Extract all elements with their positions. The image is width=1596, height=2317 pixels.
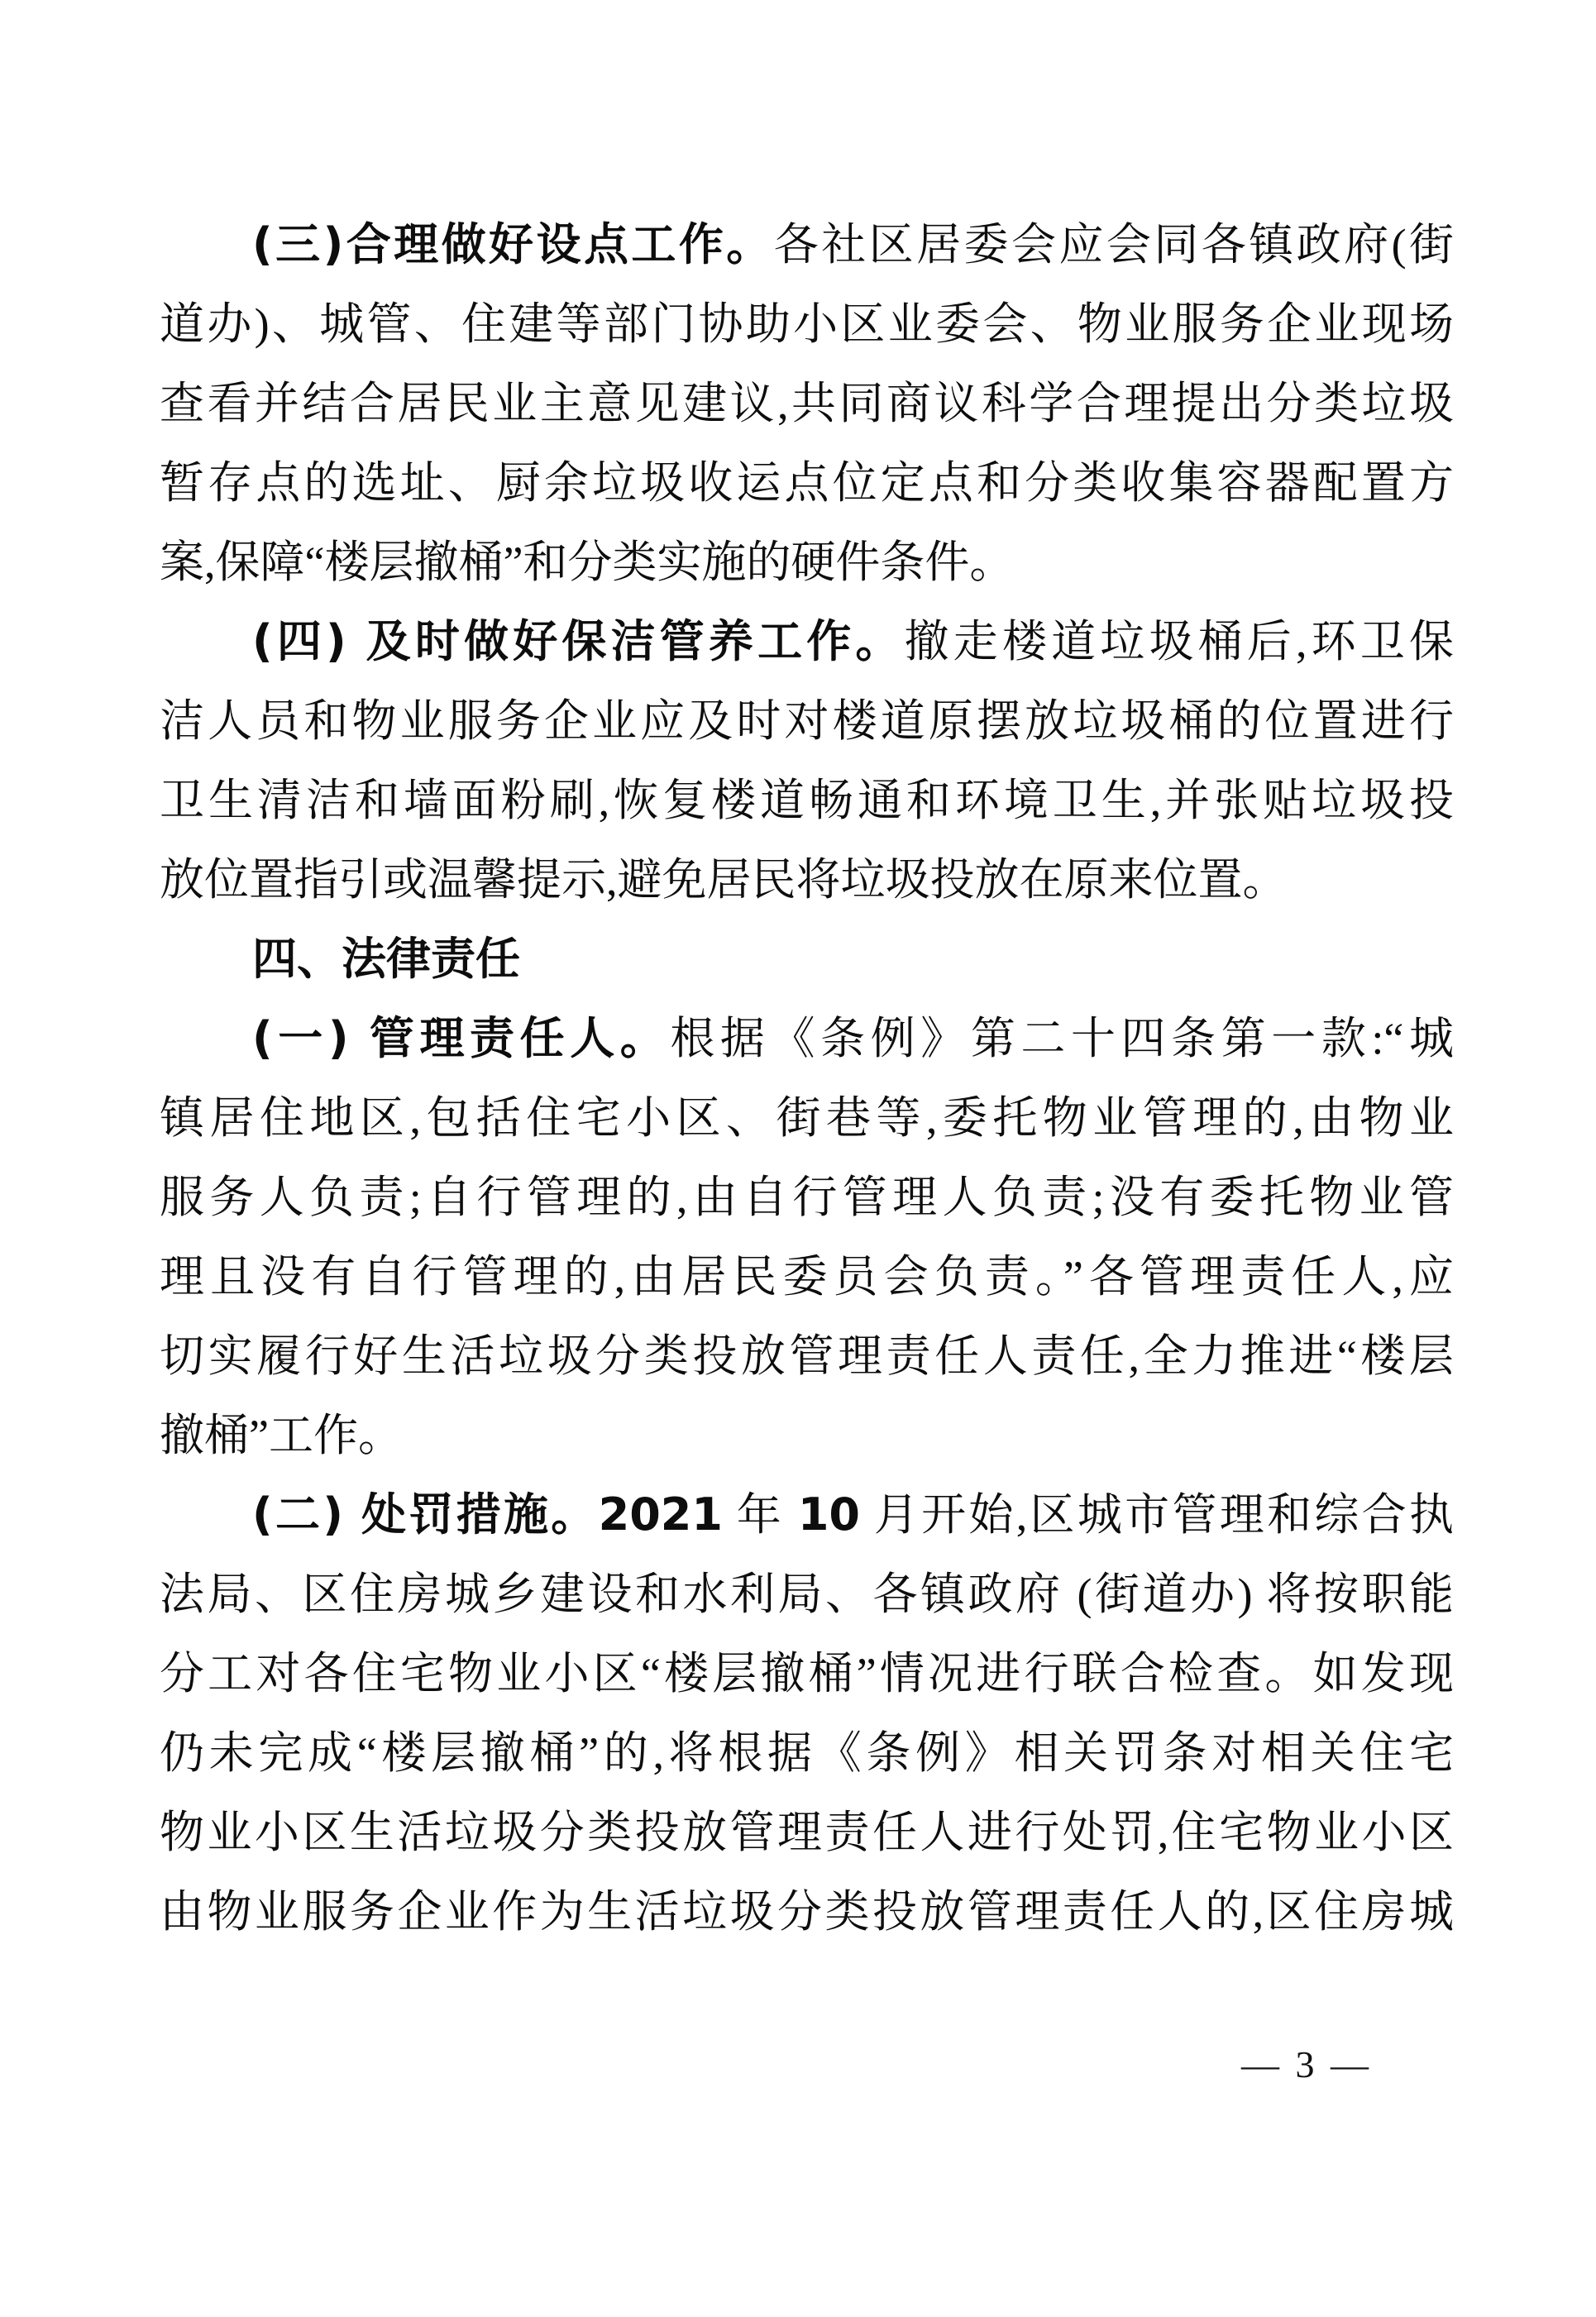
body-text: 各社区居委会应会同各镇政府(街: [774, 220, 1454, 270]
body-text: 理且没有自行管理的,由居民委员会负责。”各管理责任人,应: [160, 1252, 1454, 1302]
section-heading: 四、法律责任: [160, 920, 1454, 999]
body-text: 放位置指引或温馨提示,避免居民将垃圾投放在原来位置。: [160, 855, 1288, 905]
paragraph-1-heading: (一) 管理责任人。: [252, 1012, 670, 1064]
body-text: 洁人员和物业服务企业应及时对楼道原摆放垃圾桶的位置进行: [160, 696, 1454, 746]
body-line: 切实履行好生活垃圾分类投放管理责任人责任,全力推进“楼层: [160, 1316, 1454, 1396]
section-heading-text: 四、法律责任: [252, 933, 520, 985]
document-page: (三)合理做好设点工作。各社区居委会应会同各镇政府(街 道办)、城管、住建等部门…: [0, 0, 1596, 2317]
paragraph-3-line: (三)合理做好设点工作。各社区居委会应会同各镇政府(街: [160, 205, 1454, 284]
body-line: 仍未完成“楼层撤桶”的,将根据《条例》相关罚条对相关住宅: [160, 1713, 1454, 1793]
body-line: 由物业服务企业作为生活垃圾分类投放管理责任人的,区住房城: [160, 1872, 1454, 1952]
body-line: 撤桶”工作。: [160, 1396, 1454, 1475]
body-text: 撤桶”工作。: [160, 1411, 403, 1460]
paragraph-1-line: (一) 管理责任人。根据《条例》第二十四条第一款:“城: [160, 999, 1454, 1078]
year-number: 2021: [599, 1488, 723, 1541]
body-text: 暂存点的选址、厨余垃圾收运点位定点和分类收集容器配置方: [160, 458, 1454, 508]
body-text: 物业小区生活垃圾分类投放管理责任人进行处罚,住宅物业小区: [160, 1808, 1454, 1857]
document-body: (三)合理做好设点工作。各社区居委会应会同各镇政府(街 道办)、城管、住建等部门…: [160, 205, 1454, 1952]
body-line: 物业小区生活垃圾分类投放管理责任人进行处罚,住宅物业小区: [160, 1793, 1454, 1872]
body-text: 卫生清洁和墙面粉刷,恢复楼道畅通和环境卫生,并张贴垃圾投: [160, 776, 1454, 825]
body-line: 理且没有自行管理的,由居民委员会负责。”各管理责任人,应: [160, 1237, 1454, 1316]
paragraph-3-heading: (三)合理做好设点工作。: [252, 218, 774, 270]
body-text: 镇居住地区,包括住宅小区、街巷等,委托物业管理的,由物业: [160, 1093, 1454, 1143]
body-line: 法局、区住房城乡建设和水利局、各镇政府 (街道办) 将按职能: [160, 1555, 1454, 1634]
paragraph-2-line: (二) 处罚措施。2021 年 10 月开始,区城市管理和综合执: [160, 1475, 1454, 1555]
body-line: 道办)、城管、住建等部门协助小区业委会、物业服务企业现场: [160, 284, 1454, 364]
body-line: 洁人员和物业服务企业应及时对楼道原摆放垃圾桶的位置进行: [160, 681, 1454, 761]
paragraph-4-heading: (四) 及时做好保洁管养工作。: [252, 615, 905, 667]
month-number: 10: [798, 1488, 860, 1541]
body-line: 查看并结合居民业主意见建议,共同商议科学合理提出分类垃圾: [160, 364, 1454, 443]
body-text: 切实履行好生活垃圾分类投放管理责任人责任,全力推进“楼层: [160, 1331, 1454, 1381]
body-line: 暂存点的选址、厨余垃圾收运点位定点和分类收集容器配置方: [160, 443, 1454, 523]
body-text: 根据《条例》第二十四条第一款:“城: [670, 1014, 1454, 1063]
body-text: 道办)、城管、住建等部门协助小区业委会、物业服务企业现场: [160, 299, 1454, 349]
body-text: 由物业服务企业作为生活垃圾分类投放管理责任人的,区住房城: [160, 1887, 1454, 1937]
body-line: 镇居住地区,包括住宅小区、街巷等,委托物业管理的,由物业: [160, 1078, 1454, 1158]
body-text: 法局、区住房城乡建设和水利局、各镇政府 (街道办) 将按职能: [160, 1569, 1454, 1619]
body-text: 分工对各住宅物业小区“楼层撤桶”情况进行联合检查。如发现: [160, 1649, 1454, 1698]
body-line: 案,保障“楼层撤桶”和分类实施的硬件条件。: [160, 523, 1454, 602]
paragraph-4-line: (四) 及时做好保洁管养工作。撤走楼道垃圾桶后,环卫保: [160, 602, 1454, 681]
body-text: 服务人负责;自行管理的,由自行管理人负责;没有委托物业管: [160, 1173, 1454, 1222]
body-line: 分工对各住宅物业小区“楼层撤桶”情况进行联合检查。如发现: [160, 1634, 1454, 1713]
body-text: 案,保障“楼层撤桶”和分类实施的硬件条件。: [160, 537, 1014, 587]
body-text: 月开始,区城市管理和综合执: [860, 1490, 1454, 1540]
body-text: 年: [723, 1490, 798, 1540]
body-text: 查看并结合居民业主意见建议,共同商议科学合理提出分类垃圾: [160, 379, 1454, 428]
page-number: — 3 —: [1174, 2036, 1439, 2094]
paragraph-2-heading: (二) 处罚措施。: [252, 1488, 599, 1541]
body-text: 仍未完成“楼层撤桶”的,将根据《条例》相关罚条对相关住宅: [160, 1728, 1454, 1778]
body-line: 服务人负责;自行管理的,由自行管理人负责;没有委托物业管: [160, 1158, 1454, 1237]
body-text: 撤走楼道垃圾桶后,环卫保: [905, 617, 1454, 666]
body-line: 放位置指引或温馨提示,避免居民将垃圾投放在原来位置。: [160, 840, 1454, 920]
body-line: 卫生清洁和墙面粉刷,恢复楼道畅通和环境卫生,并张贴垃圾投: [160, 761, 1454, 840]
